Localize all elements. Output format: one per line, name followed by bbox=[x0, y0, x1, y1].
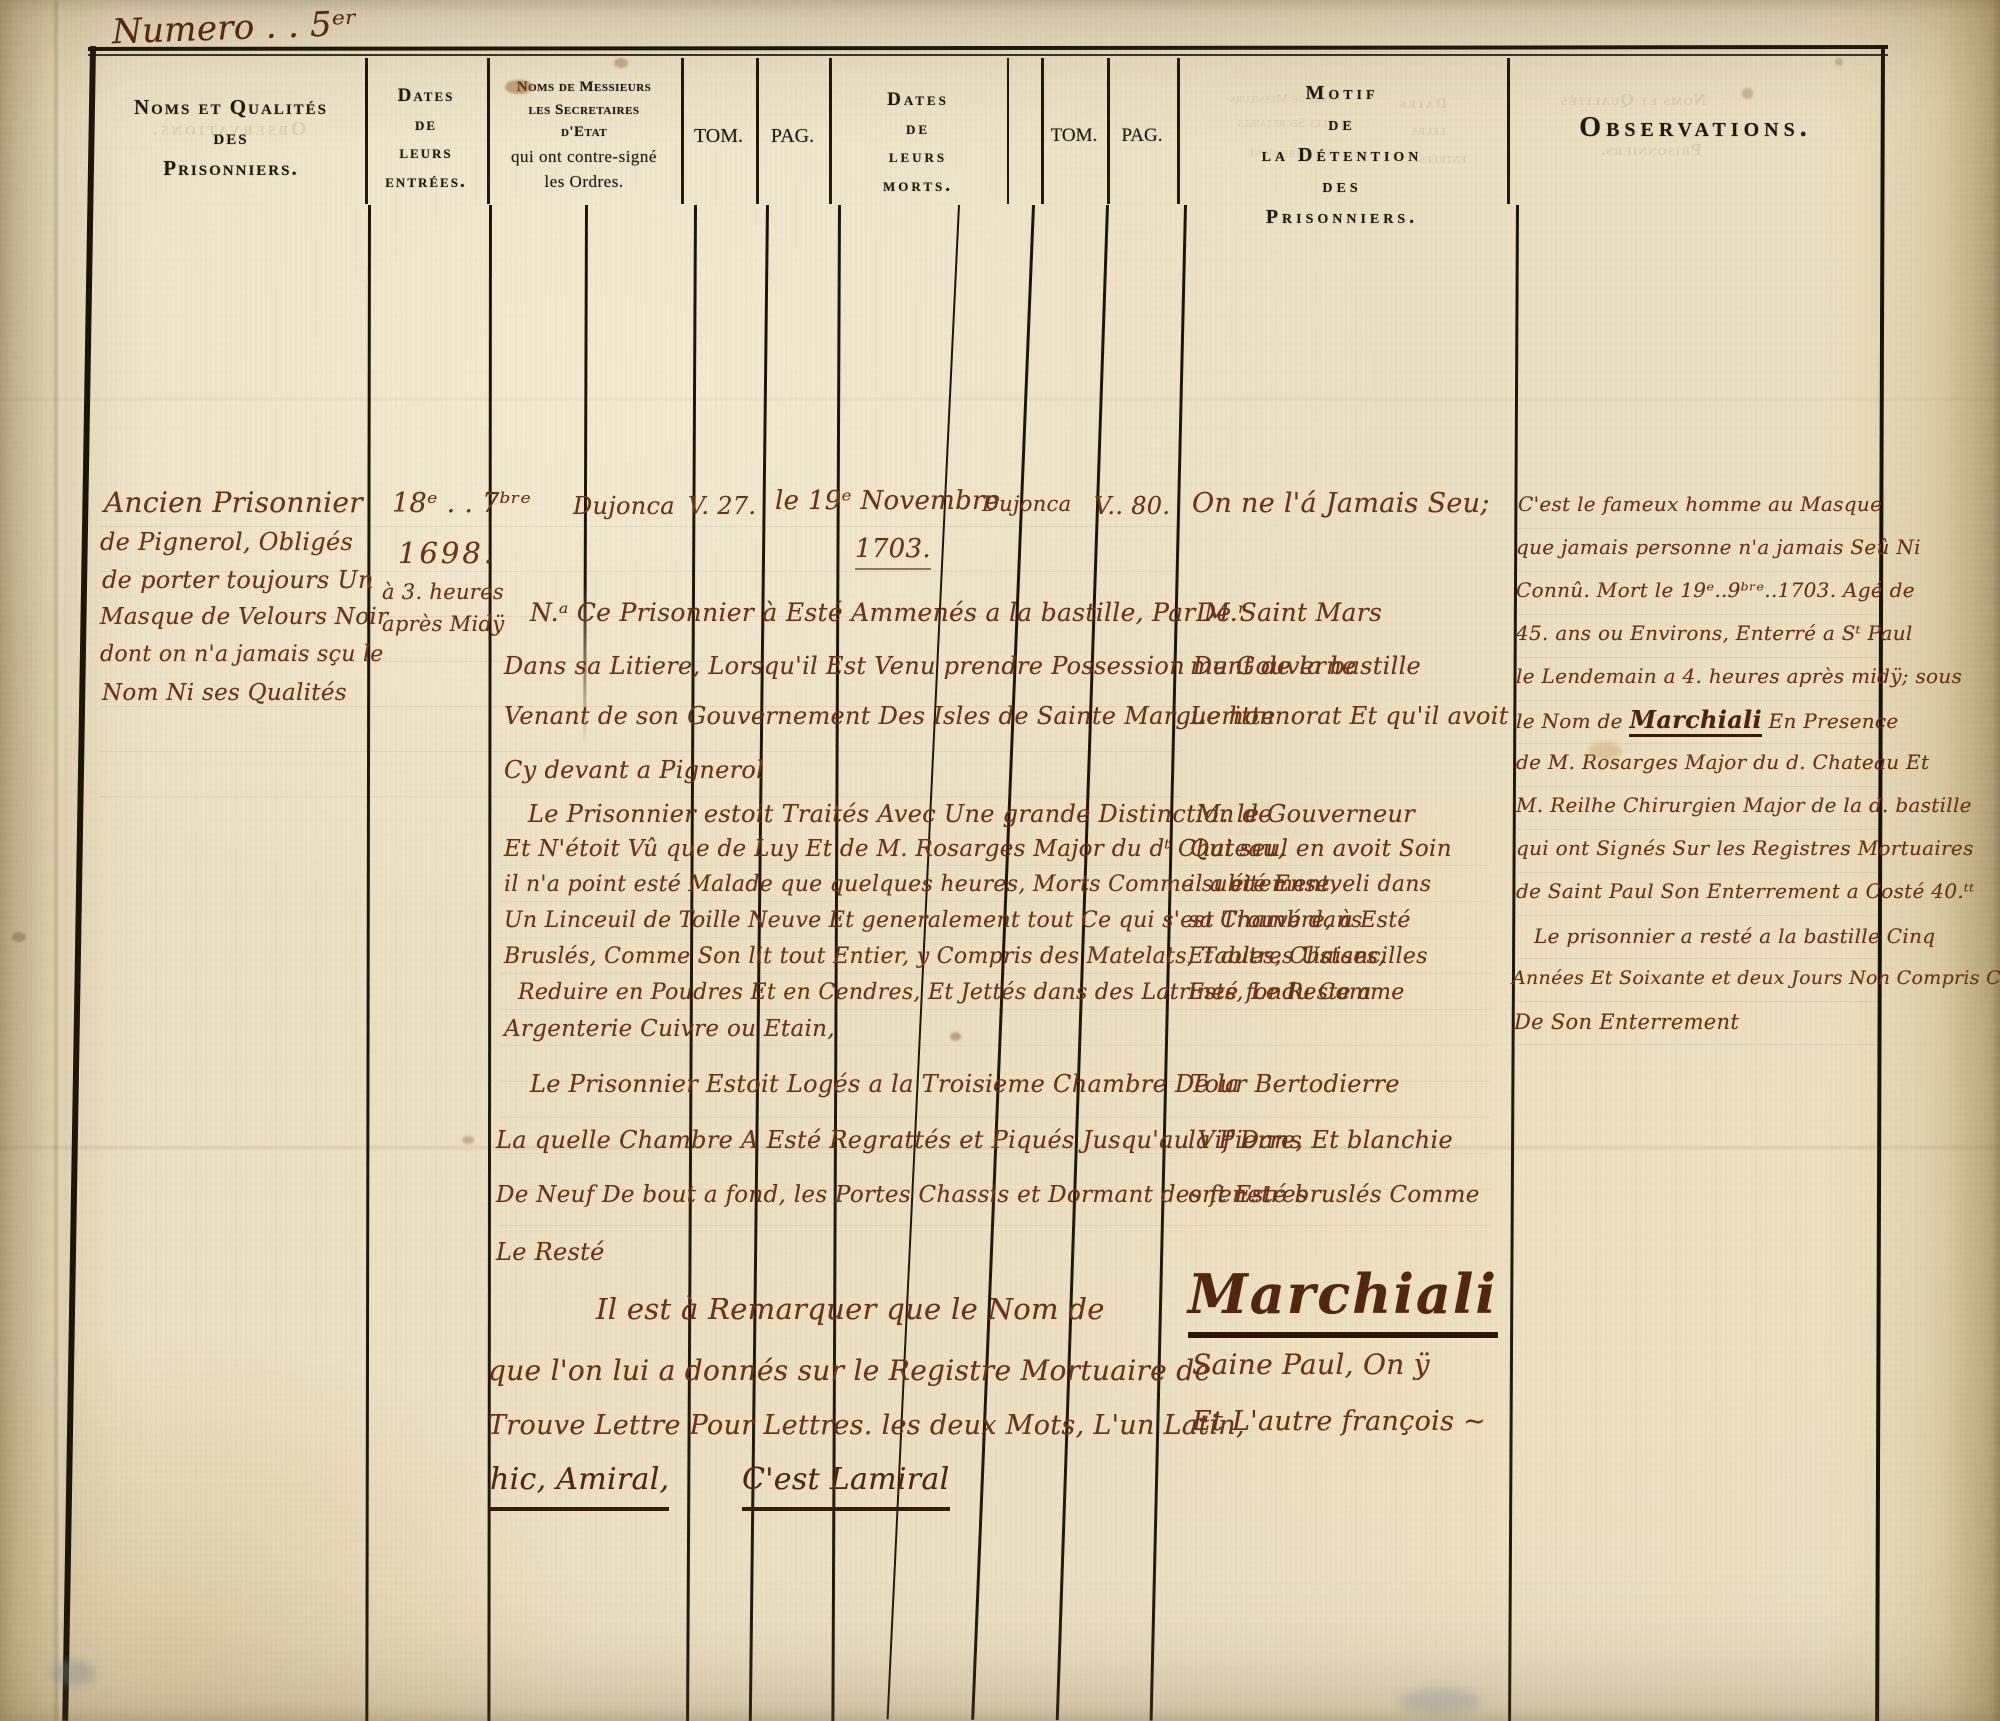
entry-date-line: après Midÿ bbox=[382, 612, 504, 636]
foxing-spot bbox=[12, 932, 26, 942]
prisoner-description-line: dont on n'a jamais sçu le bbox=[100, 642, 384, 667]
table-top-rule bbox=[88, 45, 1888, 51]
body-line-cont: ment de la bastille bbox=[1190, 652, 1421, 680]
header-rule bbox=[1007, 58, 1009, 204]
col-header-motif: Motif de la Détention des Prisonniers. bbox=[1178, 78, 1506, 233]
observation-line: C'est le fameux homme au Masque bbox=[1518, 492, 1882, 516]
body-line: Venant de son Gouvernement Des Isles de … bbox=[504, 702, 1276, 730]
observation-line: qui ont Signés Sur les Registres Mortuai… bbox=[1516, 836, 1974, 860]
body-line: Cy devant a Pignerol bbox=[504, 756, 764, 784]
table-top-rule-2 bbox=[88, 54, 1888, 56]
header-line: PAG. bbox=[1108, 125, 1176, 147]
register-ref-death-page: V.. 80. bbox=[1094, 492, 1170, 520]
death-date-line: 1703. bbox=[855, 534, 931, 570]
body-line-cont: M. le Gouverneur bbox=[1196, 800, 1415, 828]
col-header-pag-1: PAG. bbox=[757, 125, 828, 148]
column-rule bbox=[365, 205, 371, 1721]
observation-line: De Son Enterrement bbox=[1514, 1010, 1739, 1034]
header-line: de bbox=[1178, 109, 1506, 140]
body-line: La quelle Chambre A Esté Regrattés et Pi… bbox=[496, 1126, 1302, 1154]
smudge bbox=[1400, 1688, 1480, 1714]
foxing-spot bbox=[1742, 88, 1753, 99]
vertical-fold-highlight bbox=[59, 0, 62, 1721]
observation-line: le Lendemain a 4. heures après midÿ; sou… bbox=[1516, 664, 1962, 688]
col-header-observations: Observations. bbox=[1508, 112, 1883, 144]
body-line-cont: Qui seul en avoit Soin bbox=[1190, 836, 1452, 862]
remark-french-word: C'est Lamiral bbox=[742, 1462, 950, 1511]
remark-intro: Il est à Remarquer que le Nom de bbox=[596, 1292, 1105, 1326]
prisoner-description-line: de porter toujours Un bbox=[102, 566, 374, 594]
body-line: Le Prisonnier estoit Traités Avec Une gr… bbox=[528, 800, 1273, 828]
foxing-spot bbox=[950, 1032, 961, 1041]
body-line: Et N'étoit Vû que de Luy Et de M. Rosarg… bbox=[504, 836, 1285, 862]
marchiali-post: En Presence bbox=[1762, 709, 1899, 733]
body-line-cont: la Pierre, Et blanchie bbox=[1188, 1126, 1453, 1154]
header-line: Noms et Qualités bbox=[100, 92, 362, 122]
body-line: De Neuf De bout a fond, les Portes Chass… bbox=[496, 1182, 1308, 1208]
observation-line: Le prisonnier a resté a la bastille Cinq bbox=[1534, 924, 1935, 948]
header-line: Noms de Messieurs bbox=[488, 76, 680, 99]
header-line: Observations. bbox=[1508, 112, 1883, 144]
col-header-dates-entrees: Dates de leurs entrées. bbox=[366, 82, 486, 196]
entry-date-line: 1698. bbox=[398, 536, 496, 570]
vertical-fold bbox=[54, 0, 58, 1721]
ink-stain bbox=[614, 58, 628, 68]
register-ref-entry-page: V. 27. bbox=[688, 492, 756, 520]
smudge bbox=[52, 1660, 96, 1686]
observation-line: que jamais personne n'a jamais Seû Ni bbox=[1516, 535, 1921, 559]
col-header-pag-2: PAG. bbox=[1108, 125, 1176, 147]
col-header-prisoners: Noms et Qualités des Prisonniers. bbox=[100, 92, 362, 183]
table-left-border bbox=[62, 46, 96, 1721]
header-line: leurs bbox=[366, 139, 486, 168]
body-line-cont: Esté fondu Comme bbox=[1188, 980, 1405, 1005]
remark-line: Trouve Lettre Pour Lettres. les deux Mot… bbox=[488, 1410, 1245, 1441]
header-line: des bbox=[1178, 171, 1506, 202]
header-line: morts. bbox=[830, 172, 1006, 201]
register-ref-entry: Dujonca bbox=[573, 492, 675, 520]
header-line: qui ont contre-signé bbox=[488, 144, 680, 170]
header-line: Motif bbox=[1178, 78, 1506, 109]
observation-line: Connû. Mort le 19ᵉ..9ᵇʳᵉ..1703. Agé de bbox=[1516, 578, 1915, 602]
header-line: d'Etat bbox=[488, 121, 680, 144]
body-line: N.ᵃ Ce Prisonnier à Esté Ammenés a la ba… bbox=[530, 598, 1247, 627]
motif-text: On ne l'á Jamais Seu; bbox=[1192, 488, 1490, 519]
remark-line-cont: Saine Paul, On ÿ bbox=[1192, 1348, 1430, 1381]
observation-line: Années Et Soixante et deux Jours Non Com… bbox=[1512, 967, 2000, 989]
col-header-tom-2: TOM. bbox=[1042, 125, 1106, 147]
header-line: Prisonniers. bbox=[100, 153, 362, 183]
observation-line: 45. ans ou Environs, Enterré a Sᵗ Paul bbox=[1516, 621, 1913, 645]
bastille-register-page: Numero . . 5ᵉʳ Noms et Qualités des Pris… bbox=[0, 0, 2000, 1721]
header-line: Dates bbox=[830, 86, 1006, 115]
header-line: leurs bbox=[830, 143, 1006, 172]
observation-line: M. Reilhe Chirurgien Major de la d. bast… bbox=[1516, 793, 1972, 817]
column-rule bbox=[1508, 205, 1519, 1721]
body-line-cont: il a été Enseveli dans bbox=[1188, 872, 1431, 897]
header-line: Prisonniers. bbox=[1178, 202, 1506, 233]
header-line: Dates bbox=[366, 82, 486, 111]
header-line: des bbox=[100, 122, 362, 152]
bleed-through-text: Noms et Qualités bbox=[1560, 90, 1706, 110]
col-header-secretaires: Noms de Messieurs les Secretaires d'Etat… bbox=[488, 76, 680, 195]
prisoner-description-line: Ancien Prisonnier bbox=[104, 486, 363, 519]
foxing-spot bbox=[462, 1136, 474, 1144]
remark-latin-word: hic, Amiral, bbox=[490, 1462, 669, 1511]
remark-line: que l'on lui a donnés sur le Registre Mo… bbox=[488, 1354, 1211, 1387]
header-line: TOM. bbox=[1042, 125, 1106, 147]
header-line: les Ordres. bbox=[488, 169, 680, 195]
header-line: les Secretaires bbox=[488, 99, 680, 122]
remark-line-cont: Et L'autre françois ~ bbox=[1192, 1406, 1486, 1437]
horizontal-fold-faint bbox=[0, 398, 2000, 400]
prisoner-description-line: Nom Ni ses Qualités bbox=[102, 680, 347, 706]
observation-line-marchiali: le Nom de Marchiali En Presence bbox=[1516, 705, 1899, 734]
entry-date-line: 18ᵉ . . 7ᵇʳᵉ bbox=[392, 488, 531, 519]
body-line-cont: Et autres Ustancilles bbox=[1188, 944, 1428, 969]
body-line-cont: De Saint Mars bbox=[1196, 598, 1382, 627]
prisoner-description-line: de Pignerol, Obligés bbox=[100, 528, 353, 556]
header-line: de bbox=[830, 115, 1006, 144]
col-header-dates-morts: Dates de leurs morts. bbox=[830, 86, 1006, 200]
header-line: PAG. bbox=[757, 125, 828, 148]
body-line-cont: sa Chambre, à Esté bbox=[1188, 908, 1411, 933]
register-ref-death: Dujonca bbox=[982, 492, 1071, 516]
remark-marchiali-name: Marchiali bbox=[1188, 1262, 1498, 1338]
body-line-cont: Le honnorat Et qu'il avoit bbox=[1190, 702, 1509, 730]
observation-line: de Saint Paul Son Enterrement a Costé 40… bbox=[1516, 879, 1974, 903]
marchiali-name: Marchiali bbox=[1629, 705, 1761, 737]
header-line: la Détention bbox=[1178, 140, 1506, 171]
foxing-spot bbox=[1835, 58, 1843, 66]
header-line: de bbox=[366, 111, 486, 140]
marchiali-pre: le Nom de bbox=[1516, 709, 1629, 733]
prisoner-description-line: Masque de Velours Noir bbox=[100, 604, 388, 630]
header-line: entrées. bbox=[366, 168, 486, 197]
col-header-tom-1: TOM. bbox=[682, 125, 755, 148]
death-date-line: le 19ᵉ Novembre bbox=[775, 486, 1000, 516]
header-line: TOM. bbox=[682, 125, 755, 148]
observation-line: de M. Rosarges Major du d. Chateau Et bbox=[1516, 750, 1929, 774]
body-line: Le Prisonnier Estoit Logés a la Troisiem… bbox=[530, 1070, 1240, 1098]
body-line-cont: Tour Bertodierre bbox=[1190, 1070, 1400, 1098]
body-line: Argenterie Cuivre ou Etain, bbox=[504, 1016, 835, 1042]
entry-date-line: à 3. heures bbox=[382, 580, 504, 604]
body-line-cont: ont Esté bruslés Comme bbox=[1188, 1182, 1480, 1208]
folio-number: Numero . . 5ᵉʳ bbox=[111, 4, 358, 53]
body-line: Le Resté bbox=[496, 1238, 605, 1266]
